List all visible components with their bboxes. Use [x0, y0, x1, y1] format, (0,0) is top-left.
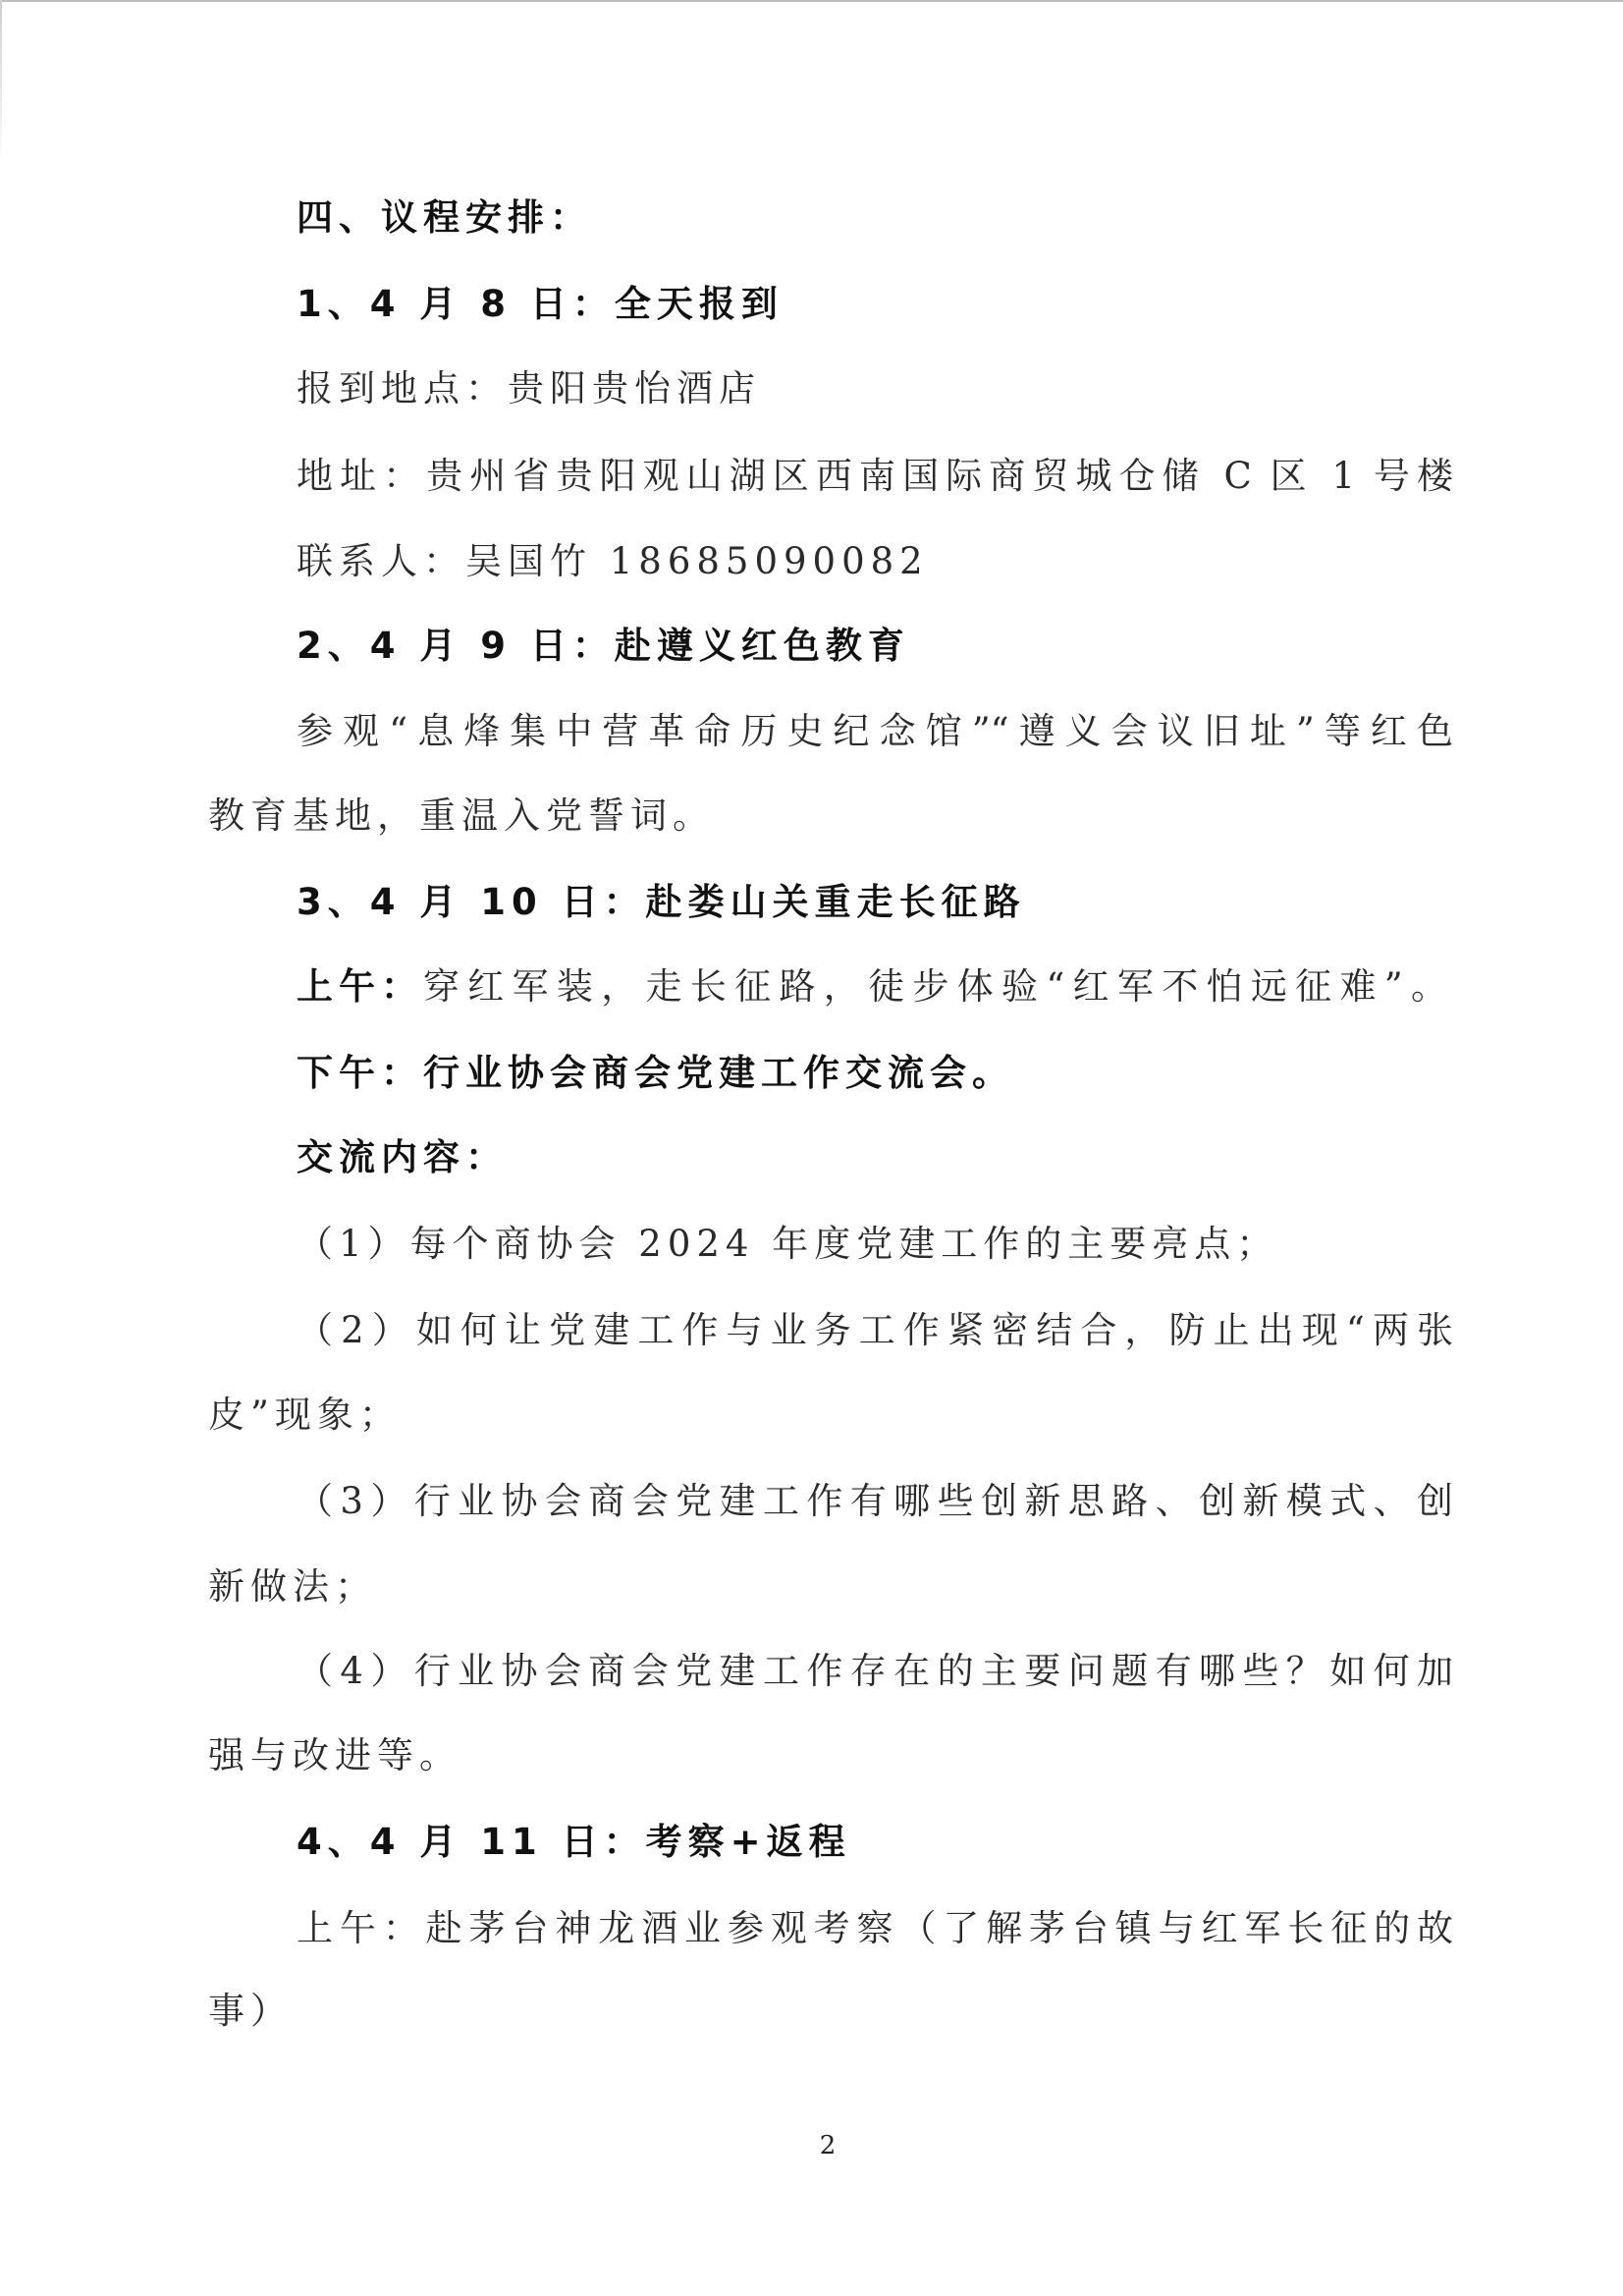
page-edge-left: [0, 0, 2, 167]
exchange-item-3-line2: 新做法；: [208, 1558, 377, 1616]
day4-heading: 4、4 月 11 日：考察+返程: [297, 1813, 851, 1872]
day4-morning-line1: 上午：赴茅台神龙酒业参观考察（了解茅台镇与红军长征的故: [297, 1899, 1453, 1958]
exchange-item-4-line1: （4）行业协会商会党建工作存在的主要问题有哪些？如何加: [297, 1642, 1453, 1701]
day1-heading: 1、4 月 8 日：全天报到: [297, 275, 784, 334]
registration-place: 报到地点：贵阳贵怡酒店: [297, 359, 761, 418]
section-heading: 四、议程安排：: [297, 189, 592, 247]
day2-body-line1: 参观“息烽集中营革命历史纪念馆”“遵义会议旧址”等红色: [297, 702, 1453, 761]
day3-heading: 3、4 月 10 日：赴娄山关重走长征路: [297, 873, 1026, 932]
exchange-heading: 交流内容：: [297, 1128, 508, 1187]
page-edge-top: [0, 0, 1623, 2]
day3-morning-label: 上午：: [297, 957, 423, 1016]
day3-morning-text: 穿红军装，走长征路，徒步体验“红军不怕远征难”。: [423, 957, 1453, 1016]
exchange-item-2-line1: （2）如何让党建工作与业务工作紧密结合，防止出现“两张: [297, 1301, 1453, 1360]
day2-heading: 2、4 月 9 日：赴遵义红色教育: [297, 617, 910, 676]
page-number: 2: [818, 2131, 838, 2160]
exchange-item-2-line2: 皮”现象；: [208, 1386, 402, 1445]
day2-body-line2: 教育基地，重温入党誓词。: [208, 787, 715, 846]
exchange-item-3-line1: （3）行业协会商会党建工作有哪些创新思路、创新模式、创: [297, 1472, 1453, 1531]
day4-morning-line2: 事）: [208, 1982, 293, 2041]
contact: 联系人：吴国竹 18685090082: [297, 532, 929, 591]
exchange-item-1: （1）每个商协会 2024 年度党建工作的主要亮点；: [297, 1215, 1278, 1274]
exchange-item-4-line2: 强与改进等。: [208, 1726, 461, 1785]
address: 地址：贵州省贵阳观山湖区西南国际商贸城仓储 C 区 1 号楼: [297, 447, 1453, 506]
day3-morning: 上午： 穿红军装，走长征路，徒步体验“红军不怕远征难”。: [297, 957, 1453, 1016]
day3-afternoon: 下午：行业协会商会党建工作交流会。: [297, 1044, 1014, 1103]
